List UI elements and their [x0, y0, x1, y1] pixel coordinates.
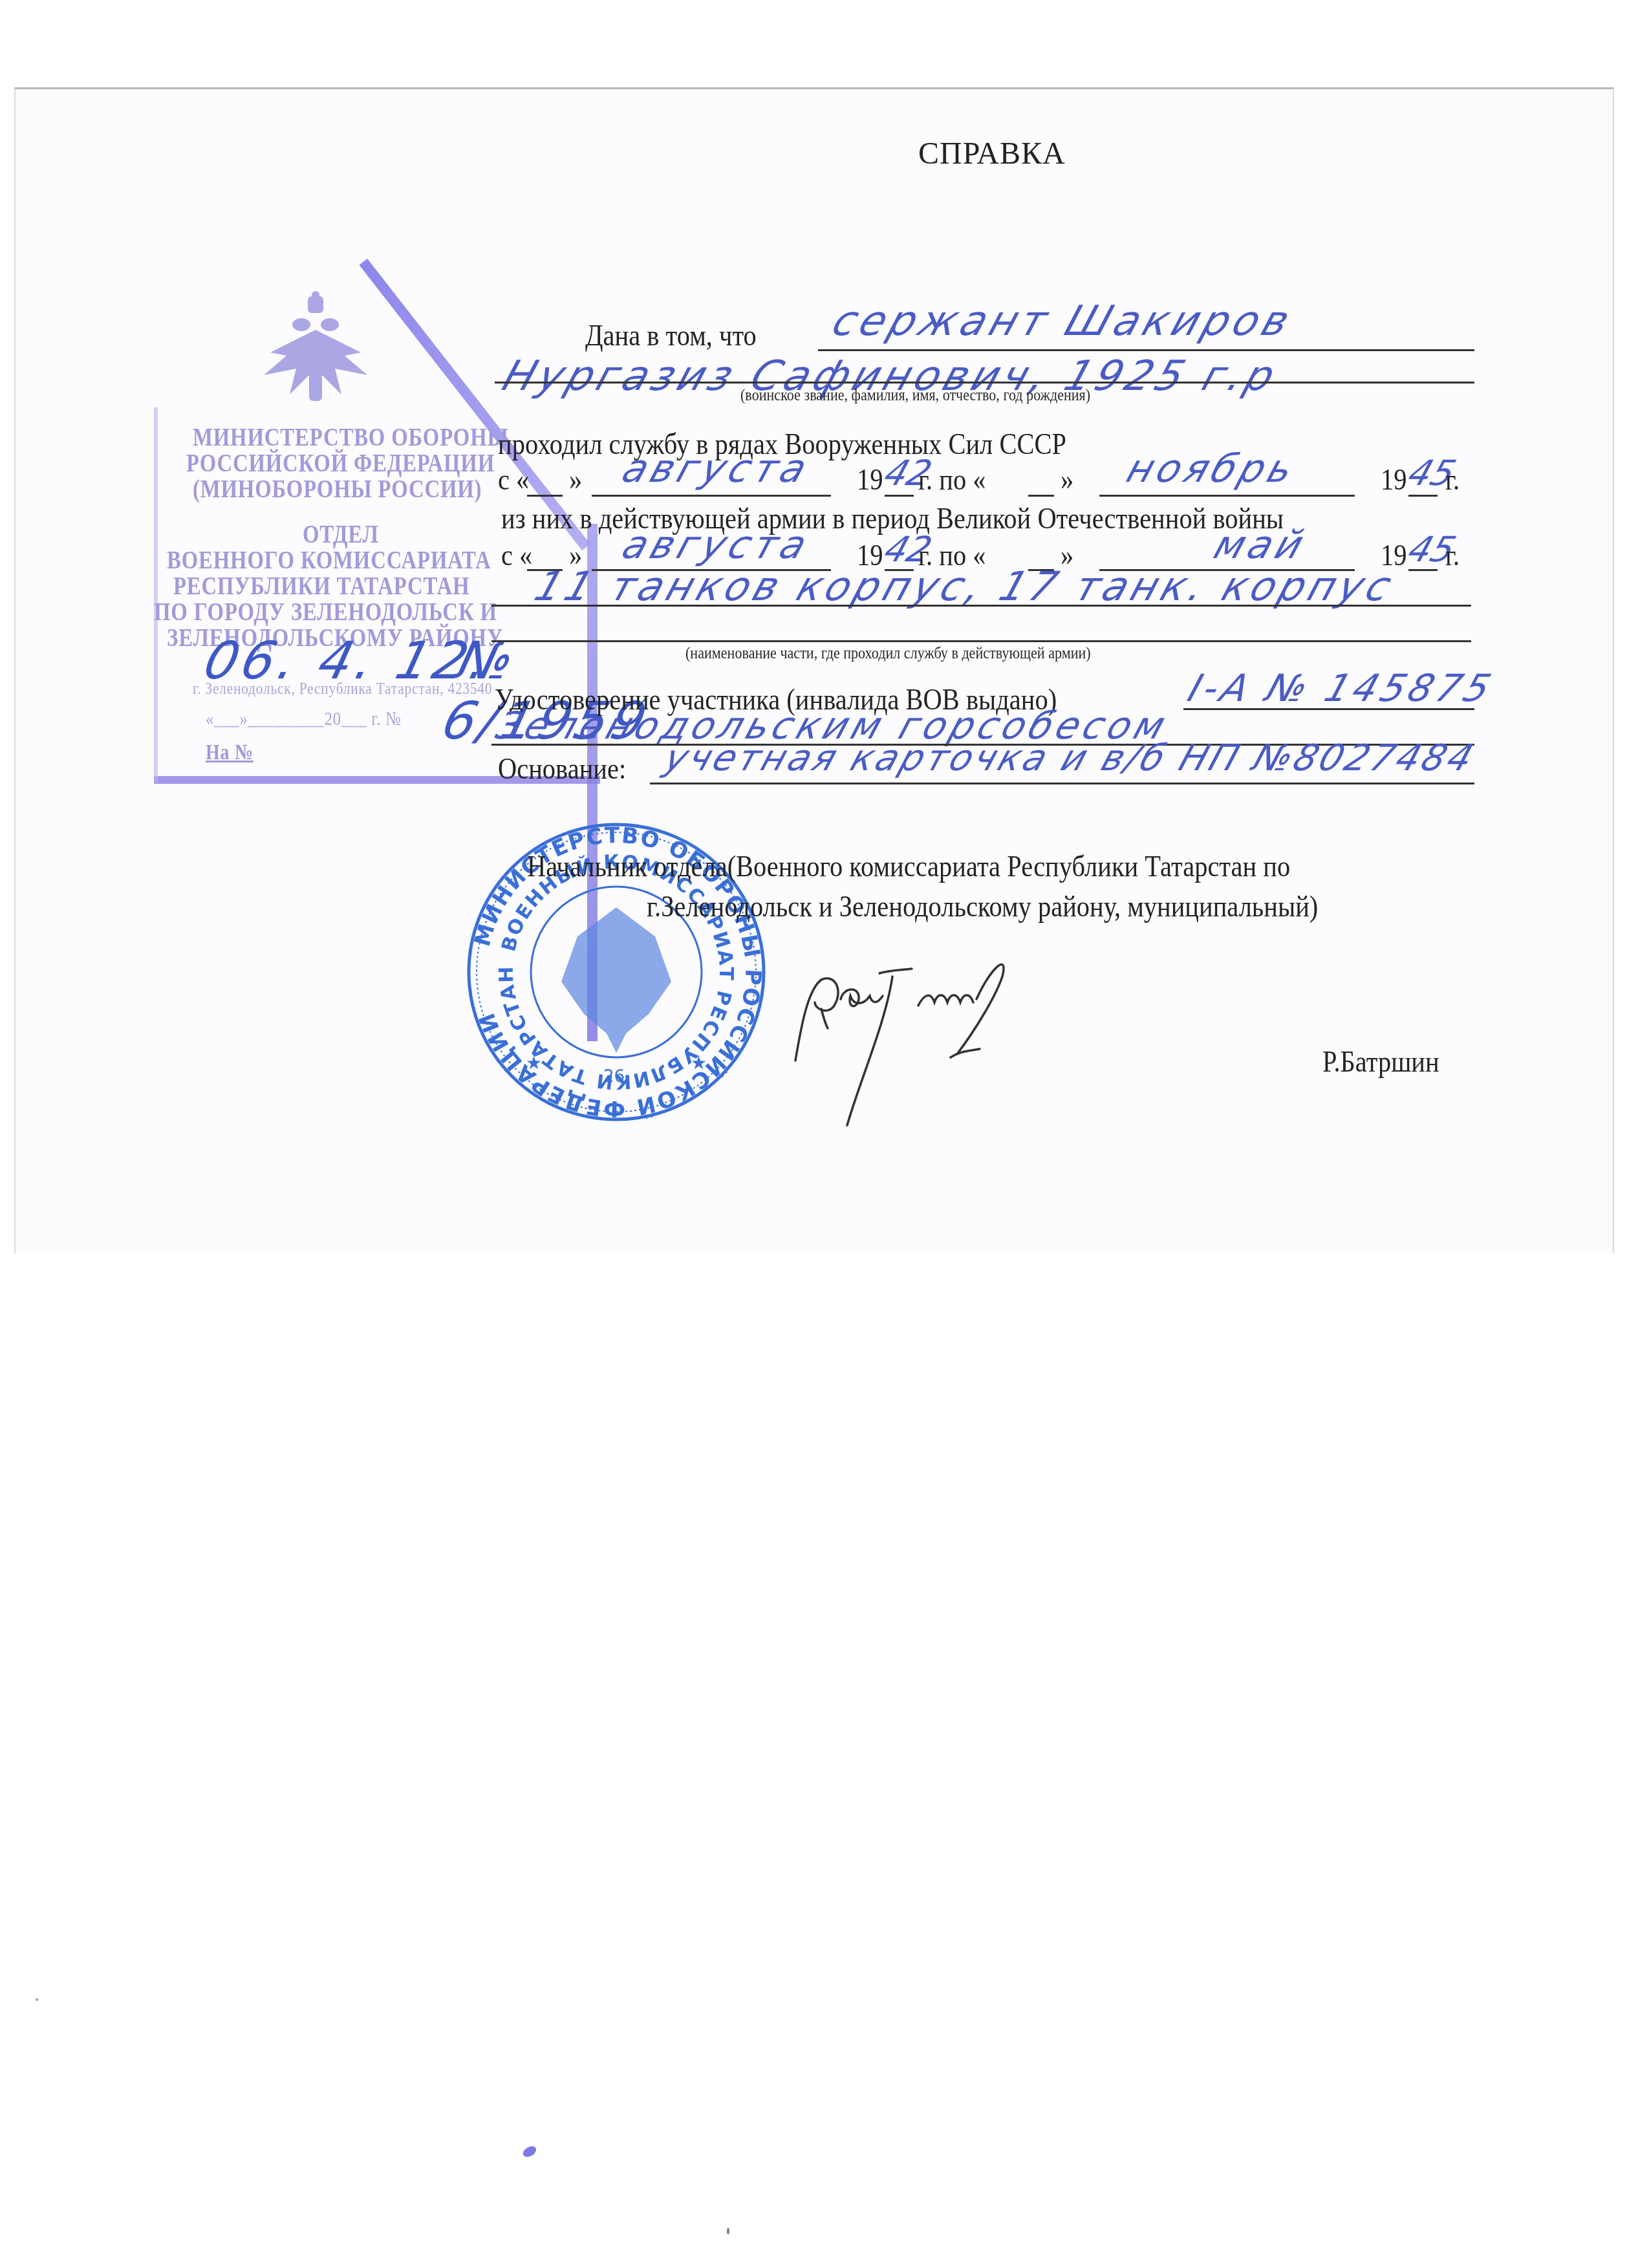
month-blank [1099, 495, 1355, 497]
dust-speck [36, 1998, 38, 2001]
from-month-handwritten: августа [617, 446, 817, 491]
stamp-date-field: «___»_________20___ г. № [206, 708, 402, 730]
date-close-quote: » [569, 462, 582, 497]
seal-number: 26 [603, 1067, 625, 1086]
double-headed-eagle-icon [251, 291, 380, 420]
basis-handwritten: учетная карточка и в/б НП №8027484 [659, 737, 1481, 779]
to-month-handwritten: май [1209, 523, 1313, 568]
dust-speck [727, 2228, 729, 2234]
basis-label: Основание: [498, 751, 626, 786]
stamp-left-edge [154, 407, 158, 783]
to-month-handwritten: ноябрь [1121, 446, 1303, 491]
handwritten-signature [782, 931, 1248, 1138]
svg-text:★: ★ [691, 1053, 707, 1074]
unit-caption: (наименование части, где проходил службу… [685, 643, 1091, 663]
signatory-title-line1: Начальник отдела(Военного комиссариата Р… [527, 849, 1290, 883]
signatory-name: Р.Батршин [1322, 1044, 1439, 1079]
fill-line [1183, 708, 1474, 710]
date-close-quote: » [1061, 462, 1073, 497]
fill-line [650, 783, 1474, 784]
day-blank [1028, 495, 1054, 497]
stamp-line: (МИНОБОРОНЫ РОССИИ) [193, 473, 482, 504]
issued-to-caption: (воинское звание, фамилия, имя, отчество… [740, 385, 1090, 405]
document-title: СПРАВКА [918, 136, 1066, 171]
month-blank [592, 495, 831, 497]
date-open-quote: с « [501, 538, 532, 572]
date-to-label: г. по « [918, 462, 986, 497]
from-month-handwritten: августа [617, 523, 817, 568]
certificate-number-handwritten: I-A № 145875 [1183, 666, 1500, 710]
year-suffix: г. [1445, 538, 1460, 572]
signatory-title-line2: г.Зеленодольск и Зеленодольскому району,… [647, 889, 1318, 923]
ink-speck [521, 2144, 538, 2159]
day-blank [527, 495, 563, 497]
year-blank [1408, 569, 1438, 571]
issued-to-label: Дана в том, что [585, 318, 757, 352]
stamp-ref-field: На № [206, 740, 253, 765]
year-blank [1408, 495, 1438, 497]
fill-line [491, 605, 1471, 607]
unit-handwritten: 11 танков корпус, 17 танк. корпус [529, 563, 1401, 610]
date-open-quote: с « [498, 462, 529, 497]
fill-line [491, 640, 1471, 642]
fill-line [818, 349, 1474, 351]
fill-line [495, 382, 1474, 383]
svg-text:★: ★ [526, 1053, 542, 1074]
year-suffix: г. [1445, 462, 1460, 497]
rank-surname-handwritten: сержант Шакиров [826, 297, 1299, 345]
year-blank [885, 495, 914, 497]
